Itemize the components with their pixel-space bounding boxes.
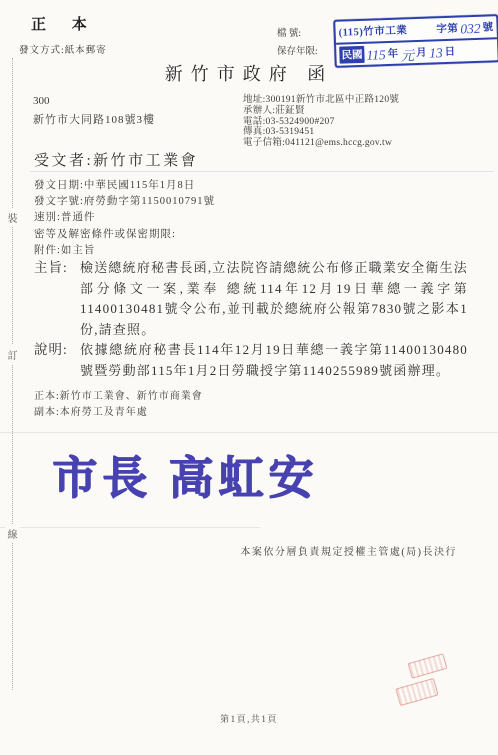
binding-dotted-line [12,58,13,690]
binding-mark-zhuang: 裝 [5,208,20,227]
subject-text: 檢送總統府秘書長函,立法院咨請總統公布修正職業安全衛生法部分條文一案,業奉 總統… [80,258,468,340]
document-title: 新竹市政府 函 [0,60,498,86]
agency-fax: 傳真:03-5319451 [243,127,399,138]
subject-paragraph: 主旨: 檢送總統府秘書長函,立法院咨請總統公布修正職業安全衛生法部分條文一案,業… [34,258,468,340]
stamp-spacer [407,29,436,30]
agency-phone: 電話:03-5324900#207 [243,117,399,128]
faint-red-receipt-stamp [408,653,448,679]
stamp-day-unit: 日 [444,44,456,59]
stamp-month-unit: 月 [416,45,428,60]
file-number-label: 檔 號: [277,25,301,39]
original-recipients-line: 正本:新竹市工業會、新竹市商業會 [34,389,203,405]
agency-email: 電子信箱:041121@ems.hccg.gov.tw [243,138,399,149]
agency-contact-block: 地址:300191新竹市北區中正路120號 承辦人:莊鉦賢 電話:03-5324… [243,95,399,149]
description-text: 依據總統府秘書長114年12月19日華總一義字第11400130480號暨勞動部… [80,340,468,381]
issue-number-line: 發文字號:府勞動字第1150010791號 [34,194,215,210]
retention-period-label: 保存年限: [277,43,318,57]
binding-mark-xian: 線 [5,524,20,543]
faint-red-receipt-stamp [395,678,438,706]
divider-under-recipient [30,171,494,172]
stamp-org: (115)竹市工業 [338,22,407,39]
delivery-method-label: 發文方式:紙本郵寄 [19,42,107,56]
stamp-doc-no-suffix: 號 [482,19,494,34]
agency-contact-person: 承辦人:莊鉦賢 [243,106,399,117]
subject-label: 主旨: [34,258,80,279]
document-meta-block: 發文日期:中華民國115年1月8日 發文字號:府勞動字第1150010791號 … [34,178,215,259]
recipient-line: 受文者:新竹市工業會 [34,149,198,170]
issue-date-line: 發文日期:中華民國115年1月8日 [34,178,215,194]
priority-line: 速別:普通件 [34,210,215,226]
scan-artifact-line [0,432,498,433]
stamp-year-unit: 年 [387,46,399,61]
delegation-note: 本案依分層負責規定授權主管處(局)長決行 [240,543,457,558]
scan-artifact-line [0,527,260,528]
description-label: 說明: [34,340,80,361]
recipient-street-address: 新竹市大同路108號3樓 [33,111,155,127]
page-number-footer: 第1頁,共1頁 [0,712,498,725]
mayor-signature: 市長 高虹安 [52,441,318,506]
attachment-line: 附件:如主旨 [34,243,215,259]
copy-type-label: 正 本 [31,13,98,34]
recipient-zip: 300 [33,95,50,107]
description-paragraph: 說明: 依據總統府秘書長114年12月19日華總一義字第11400130480號… [34,340,468,381]
stamp-doc-no-handwritten: 032 [458,20,483,37]
copy-recipients-line: 副本:本府勞工及青年處 [34,405,203,421]
stamp-doc-no-prefix: 字第 [436,21,459,37]
classification-line: 密等及解密條件或保密期限: [34,227,215,243]
official-letter-page: 正 本 發文方式:紙本郵寄 檔 號: 保存年限: (115)竹市工業 字第 03… [0,0,498,755]
distribution-block: 正本:新竹市工業會、新竹市商業會 副本:本府勞工及青年處 [34,389,203,420]
stamp-day-handwritten: 13 [427,45,445,62]
binding-mark-ding: 訂 [5,345,20,364]
agency-address: 地址:300191新竹市北區中正路120號 [243,95,399,106]
